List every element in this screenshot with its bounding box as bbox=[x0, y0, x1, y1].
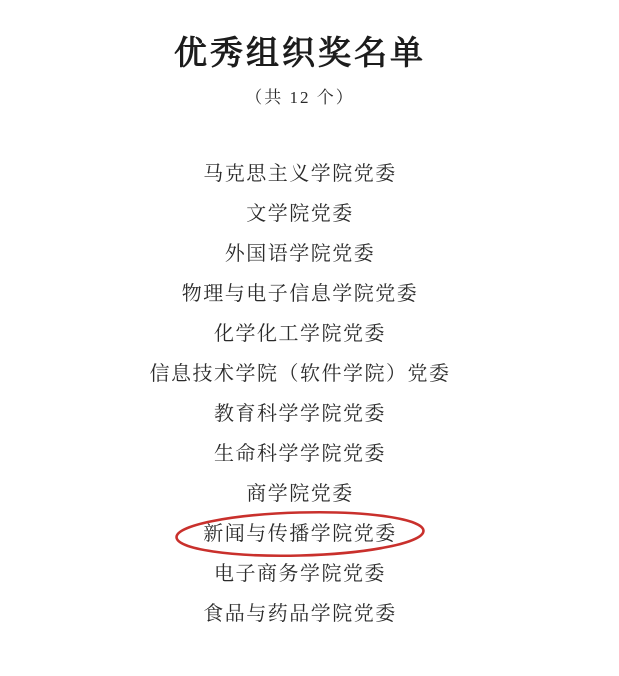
page-title: 优秀组织奖名单 bbox=[0, 0, 600, 74]
highlighted-item-wrapper: 新闻与传播学院党委 bbox=[199, 514, 401, 554]
list-item: 文学院党委 bbox=[0, 194, 600, 234]
list-item-text: 教育科学学院党委 bbox=[214, 403, 386, 425]
award-list: 马克思主义学院党委 文学院党委 外国语学院党委 物理与电子信息学院党委 化学化工… bbox=[0, 154, 600, 634]
list-item-text: 物理与电子信息学院党委 bbox=[182, 283, 419, 305]
scanned-document-page: 优秀组织奖名单 （共 12 个） 马克思主义学院党委 文学院党委 外国语学院党委… bbox=[0, 0, 619, 676]
list-item: 外国语学院党委 bbox=[0, 234, 600, 274]
list-item: 商学院党委 bbox=[0, 474, 600, 514]
list-item: 教育科学学院党委 bbox=[0, 394, 600, 434]
count-note: （共 12 个） bbox=[0, 83, 600, 108]
list-item: 信息技术学院（软件学院）党委 bbox=[0, 354, 600, 394]
list-item-text: 商学院党委 bbox=[246, 483, 354, 505]
list-item: 物理与电子信息学院党委 bbox=[0, 274, 600, 314]
list-item: 电子商务学院党委 bbox=[0, 554, 600, 594]
list-item-text: 化学化工学院党委 bbox=[214, 323, 386, 345]
list-item-text: 电子商务学院党委 bbox=[214, 563, 386, 585]
list-item: 生命科学学院党委 bbox=[0, 434, 600, 474]
list-item: 食品与药品学院党委 bbox=[0, 594, 600, 634]
list-item-text: 生命科学学院党委 bbox=[214, 443, 386, 465]
list-item: 化学化工学院党委 bbox=[0, 314, 600, 354]
list-item-text: 文学院党委 bbox=[246, 203, 354, 225]
list-item-text: 信息技术学院（软件学院）党委 bbox=[150, 363, 451, 385]
list-item-text: 新闻与传播学院党委 bbox=[203, 523, 397, 545]
list-item: 马克思主义学院党委 bbox=[0, 154, 600, 194]
list-item-text: 外国语学院党委 bbox=[225, 243, 376, 265]
list-item-highlighted: 新闻与传播学院党委 bbox=[0, 514, 600, 554]
list-item-text: 马克思主义学院党委 bbox=[203, 163, 397, 185]
document-content: 优秀组织奖名单 （共 12 个） 马克思主义学院党委 文学院党委 外国语学院党委… bbox=[0, 0, 600, 634]
list-item-text: 食品与药品学院党委 bbox=[203, 603, 397, 625]
